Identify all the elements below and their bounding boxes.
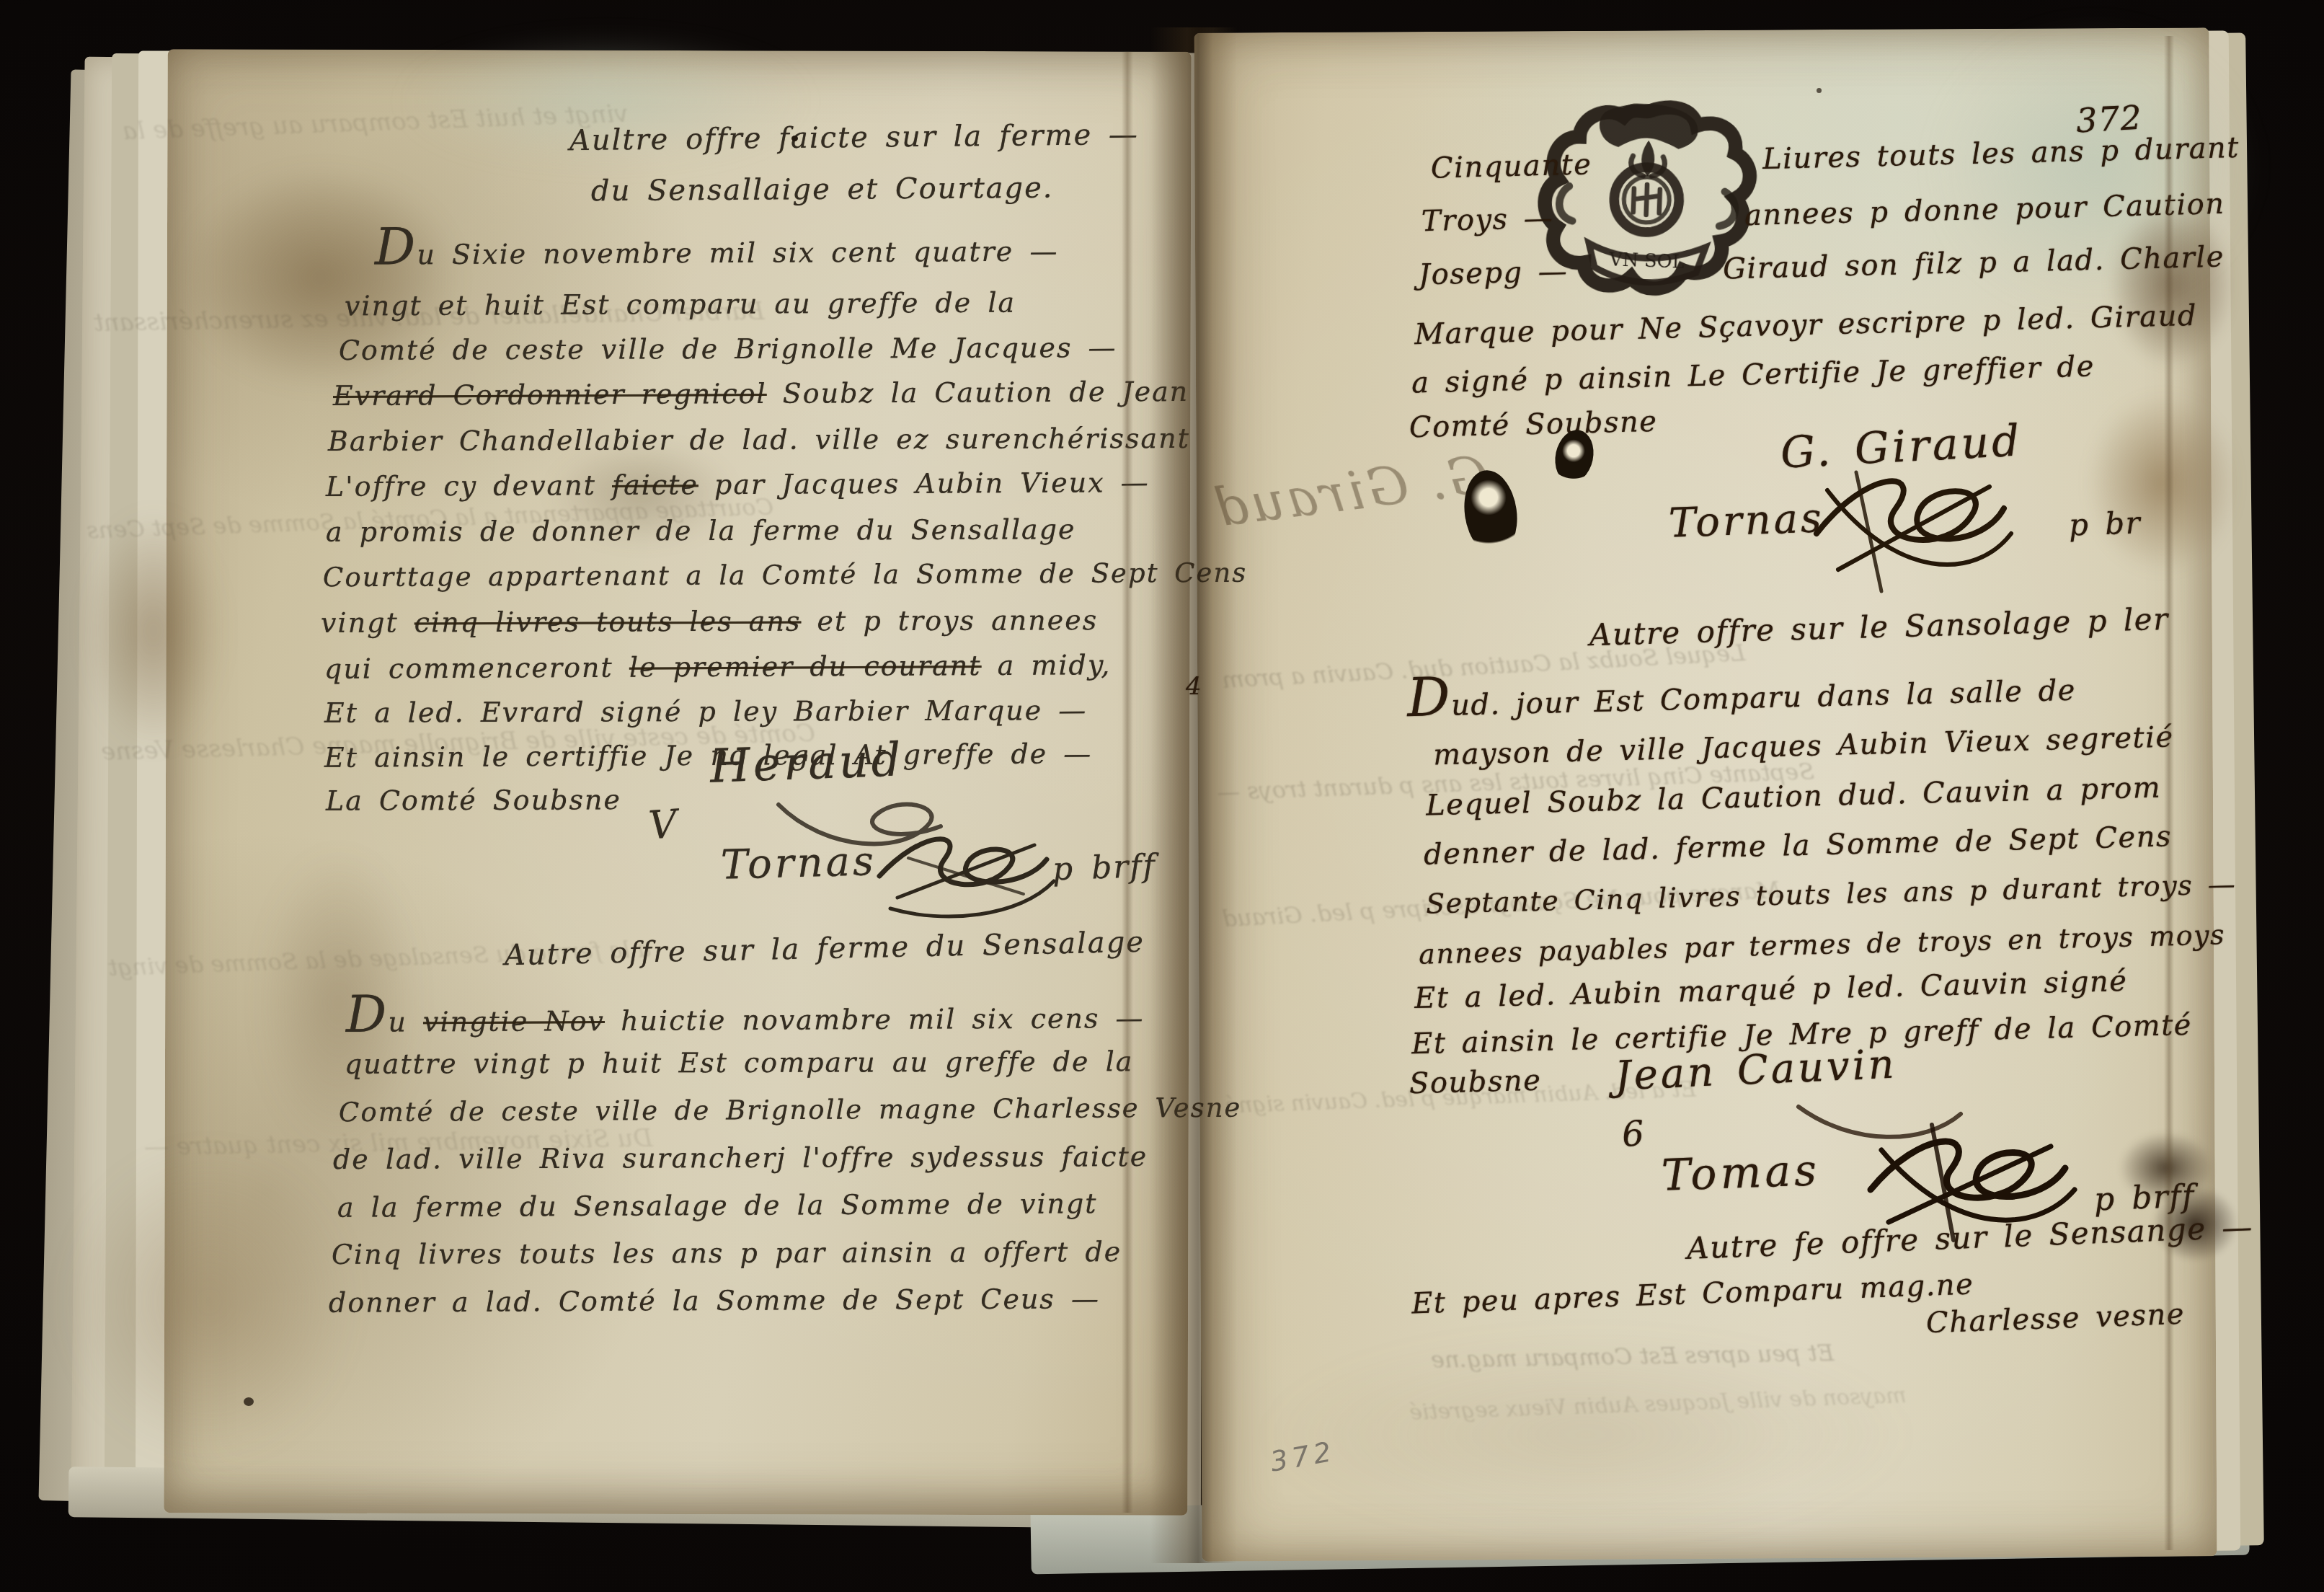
section-heading: du Sensallaige et Courtage. [591, 172, 1054, 208]
struck-text: Evrard Cordonnier regnicol [333, 378, 767, 412]
struck-text: faicte [612, 469, 698, 501]
line-text: par Jacques Aubin Vieux — [698, 466, 1150, 500]
manuscript-line: Du Sixie novembre mil six cent quatre — [375, 226, 1059, 271]
manuscript-line: qui commenceront le premier du courant a… [324, 649, 1112, 685]
line-text: qui commenceront [324, 652, 629, 685]
line-text: Soubz la Caution de Jean [767, 376, 1189, 410]
manuscript-line: donner a lad. Comté la Somme de Sept Ceu… [329, 1283, 1100, 1319]
stamp-banner-text: VN SOL [1608, 249, 1685, 273]
manuscript-line: Et a led. Evrard signé p ley Barbier Mar… [324, 694, 1087, 729]
marginal-numeral: 6 [1620, 1113, 1646, 1155]
manuscript-line: vingt et huit Est comparu au greffe de l… [345, 287, 1016, 322]
gutter-margin-mark: 4 [1186, 672, 1202, 701]
struck-text: le premier du courant [629, 650, 982, 684]
manuscript-line: La Comté Soubsne [326, 784, 621, 816]
line-text: huictie novambre mil six cens — [605, 1002, 1145, 1037]
manuscript-line: a promis de donner de la ferme du Sensal… [326, 513, 1076, 548]
manuscript-line: Comté de ceste ville de Brignolle magne … [339, 1092, 1242, 1128]
signature-suffix: p brff [1052, 848, 1157, 888]
section-heading: Aultre offre faicte sur la ferme — [569, 118, 1139, 157]
line-text: a midy, [981, 649, 1111, 681]
manuscript-line: Courttage appartenant a la Comté la Somm… [323, 557, 1247, 593]
manuscript-line: L'offre cy devant faicte par Jacques Aub… [326, 466, 1150, 503]
manuscript-line: de lad. ville Riva surancherj l'offre sy… [333, 1141, 1148, 1175]
manuscript-line: Troys — [1421, 202, 1553, 238]
manuscript-line: vingt cinq livres touts les ans et p tro… [321, 604, 1098, 639]
manuscript-line: Cinq livres touts les ans p par ainsin a… [332, 1236, 1122, 1270]
ink-speck [244, 1397, 254, 1406]
line-text: et p troys annees [801, 604, 1098, 637]
line-text: vingt [321, 606, 414, 638]
manuscript-line: Evrard Cordonnier regnicol Soubz la Caut… [333, 376, 1189, 412]
signature-tomas: Tomas [1661, 1145, 1821, 1201]
line-text: Du [346, 1006, 423, 1038]
signature-paraph-icon [858, 815, 1074, 930]
manuscript-line: Barbier Chandellabier de lad. ville ez s… [328, 423, 1190, 457]
manuscript-line: Du vingtie Nov huictie novambre mil six … [346, 993, 1145, 1038]
signature-tornas: Tornas [720, 838, 877, 889]
struck-text: cinq livres touts les ans [414, 606, 802, 639]
manuscript-line: Josepg — [1418, 255, 1568, 291]
manuscript-line: Soubsne [1409, 1064, 1541, 1100]
manuscript-line: Comté de ceste ville de Brignolle Me Jac… [339, 332, 1117, 366]
manuscript-line: Comté Soubsne [1409, 405, 1657, 444]
struck-text: vingtie Nov [423, 1005, 605, 1038]
line-text: L'offre cy devant [326, 469, 612, 503]
manuscript-line: Et ainsin le certiffie Je no legal At gr… [324, 738, 1093, 774]
ink-speck [1817, 88, 1822, 93]
signature-paraph-icon [1788, 447, 2026, 606]
signature-suffix: p br [2068, 505, 2142, 542]
notary-mark: V [647, 801, 680, 849]
manuscript-photograph: vingt et huit Est comparu au greffe de l… [0, 0, 2324, 1592]
manuscript-line: quattre vingt p huit Est comparu au gref… [345, 1045, 1134, 1080]
manuscript-line: a la ferme du Sensalage de la Somme de v… [337, 1188, 1098, 1224]
manuscript-line: Cinquante [1430, 148, 1592, 185]
ink-speck [791, 136, 798, 141]
